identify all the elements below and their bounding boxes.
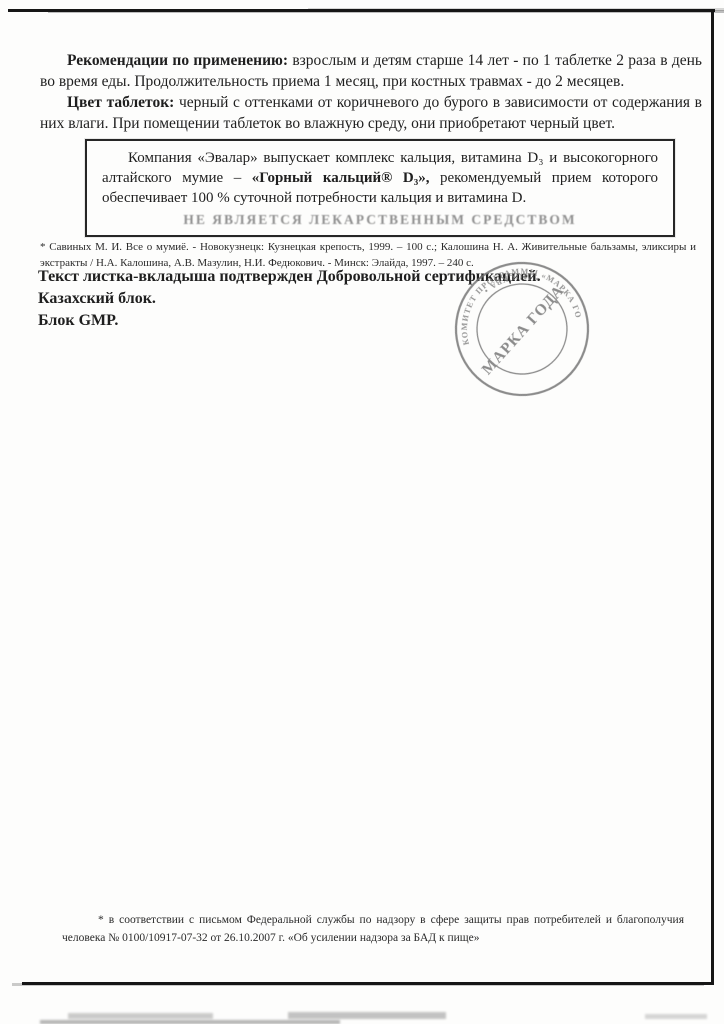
evalar-box-product-name: «Горный кальций® D₃»,	[252, 170, 430, 186]
scan-border-right	[711, 9, 714, 985]
usage-section: Рекомендации по применению: взрослым и д…	[40, 50, 702, 134]
scan-border-top	[8, 9, 715, 12]
tablet-color-lead: Цвет таблеток:	[67, 94, 174, 111]
regulatory-footnote: * в соответствии с письмом Федеральной с…	[62, 911, 684, 947]
recommendations-paragraph: Рекомендации по применению: взрослым и д…	[40, 50, 702, 92]
not-medicine-disclaimer: НЕ ЯВЛЯЕТСЯ ЛЕКАРСТВЕННЫМ СРЕДСТВОМ	[102, 210, 658, 230]
scan-border-bottom	[22, 982, 714, 985]
evalar-info-box: Компания «Эвалар» выпускает комплекс кал…	[85, 139, 675, 237]
tablet-color-paragraph: Цвет таблеток: черный с оттенками от кор…	[40, 92, 702, 134]
scanned-page: Рекомендации по применению: взрослым и д…	[0, 0, 724, 1024]
cutoff-fragment	[68, 1013, 213, 1019]
cutoff-fragment	[40, 1020, 340, 1024]
cutoff-fragment	[645, 1014, 707, 1019]
cutoff-fragment	[288, 1012, 446, 1019]
evalar-box-text: Компания «Эвалар» выпускает комплекс кал…	[102, 148, 658, 208]
recommendations-lead: Рекомендации по применению:	[67, 52, 288, 69]
